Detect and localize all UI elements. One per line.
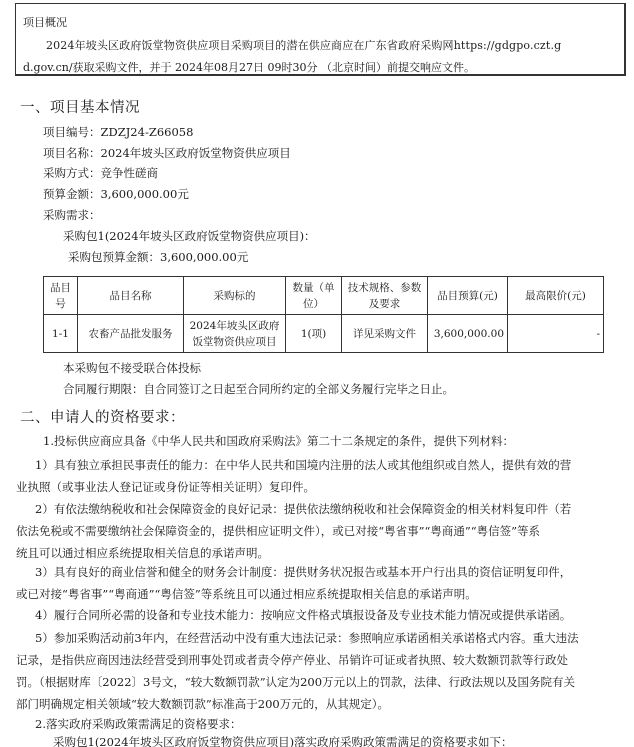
cell-subject: 2024年坡头区政府饭堂物资供应项目 (184, 315, 286, 353)
req-5-line-3: 罚。（根据财库〔2022〕3号文，“较大数额罚款”认定为200万元以上的罚款，法… (16, 674, 575, 690)
project-name: 项目名称：2024年坡头区政府饭堂物资供应项目 (43, 145, 291, 161)
cell-item-name: 农畜产品批发服务 (78, 315, 184, 353)
project-overview-box: 项目概况 2024年坡头区政府饭堂物资供应项目采购项目的潜在供应商应在广东省政府… (15, 3, 626, 76)
package-title: 采购包1(2024年坡头区政府饭堂物资供应项目)： (63, 228, 316, 244)
overview-title: 项目概况 (23, 14, 67, 30)
col-header-quantity: 数量（单位） (286, 277, 342, 315)
item-2-package-note: 采购包1(2024年坡头区政府饭堂物资供应项目)落实政府采购政策需满足的资格要求… (53, 734, 513, 747)
col-header-item-budget: 品目预算(元) (428, 277, 508, 315)
cell-spec: 详见采购文件 (342, 315, 428, 353)
section-2-heading: 二、申请人的资格要求： (20, 406, 185, 427)
project-number: 项目编号：ZDZJ24-Z66058 (43, 124, 193, 140)
req-2-line-3: 统且可以通过相应系统提取相关信息的承诺声明。 (16, 545, 269, 561)
col-header-item-name: 品目名称 (78, 277, 184, 315)
req-1-line-2: 业执照（或事业法人登记证或身份证等相关证明）复印件。 (16, 479, 315, 495)
procurement-method: 采购方式：竞争性磋商 (43, 165, 158, 181)
qualification-item-2: 2.落实政府采购政策需满足的资格要求： (35, 716, 241, 732)
cell-item-no: 1-1 (44, 315, 78, 353)
req-5-line-4: 部门明确规定相关领域“较大数额罚款”标准高于200万元的，从其规定）。 (16, 696, 389, 712)
cell-max-price: - (508, 315, 604, 353)
contract-period: 合同履行期限：自合同签订之日起至合同所约定的全部义务履行完毕之日止。 (63, 381, 454, 397)
col-header-max-price: 最高限价(元) (508, 277, 604, 315)
col-header-subject: 采购标的 (184, 277, 286, 315)
no-consortium-note: 本采购包不接受联合体投标 (63, 360, 201, 376)
req-5-line-2: 记录，是指供应商因违法经营受到刑事处罚或者责令停产停业、吊销许可证或者执照、较大… (16, 652, 568, 668)
section-1-heading: 一、项目基本情况 (20, 96, 140, 117)
cell-quantity: 1(项) (286, 315, 342, 353)
col-header-item-no: 品目号 (44, 277, 78, 315)
req-3-line-2: 或已对接“粤省事”“粤商通”“粤信签”等系统且可以通过相应系统提取相关信息的承诺… (16, 586, 477, 602)
req-1-line-1: 1）具有独立承担民事责任的能力：在中华人民共和国境内注册的法人或其他组织或自然人… (35, 457, 571, 473)
req-4-line-1: 4）履行合同所必需的设备和专业技术能力：按响应文件格式填报设备及专业技术能力情况… (35, 607, 571, 623)
cell-item-budget: 3,600,000.00 (428, 315, 508, 353)
req-2-line-1: 2）有依法缴纳税收和社会保障资金的良好记录：提供依法缴纳税收和社会保障资金的相关… (35, 501, 571, 517)
req-3-line-1: 3）具有良好的商业信誉和健全的财务会计制度：提供财务状况报告或基本开户行出具的资… (35, 564, 571, 580)
requirements-label: 采购需求： (43, 207, 101, 223)
table-header-row: 品目号 品目名称 采购标的 数量（单位） 技术规格、参数及要求 品目预算(元) … (44, 277, 604, 315)
qualification-item-1: 1.投标供应商应具备《中华人民共和国政府采购法》第二十二条规定的条件，提供下列材… (43, 433, 514, 449)
package-budget: 采购包预算金额：3,600,000.00元 (68, 249, 248, 265)
budget-amount: 预算金额：3,600,000.00元 (43, 186, 189, 202)
col-header-spec: 技术规格、参数及要求 (342, 277, 428, 315)
req-2-line-2: 依法免税或不需要缴纳社会保障资金的，提供相应证明文件），或已对接“粤省事”“粤商… (16, 523, 540, 539)
items-table: 品目号 品目名称 采购标的 数量（单位） 技术规格、参数及要求 品目预算(元) … (43, 276, 604, 353)
overview-text-line-1: 2024年坡头区政府饭堂物资供应项目采购项目的潜在供应商应在广东省政府采购网ht… (46, 37, 561, 53)
table-row: 1-1 农畜产品批发服务 2024年坡头区政府饭堂物资供应项目 1(项) 详见采… (44, 315, 604, 353)
overview-text-line-2: d.gov.cn/获取采购文件，并于 2024年08月27日 09时30分 （北… (23, 59, 475, 75)
req-5-line-1: 5）参加采购活动前3年内，在经营活动中没有重大违法记录：参照响应承诺函相关承诺格… (35, 630, 579, 646)
